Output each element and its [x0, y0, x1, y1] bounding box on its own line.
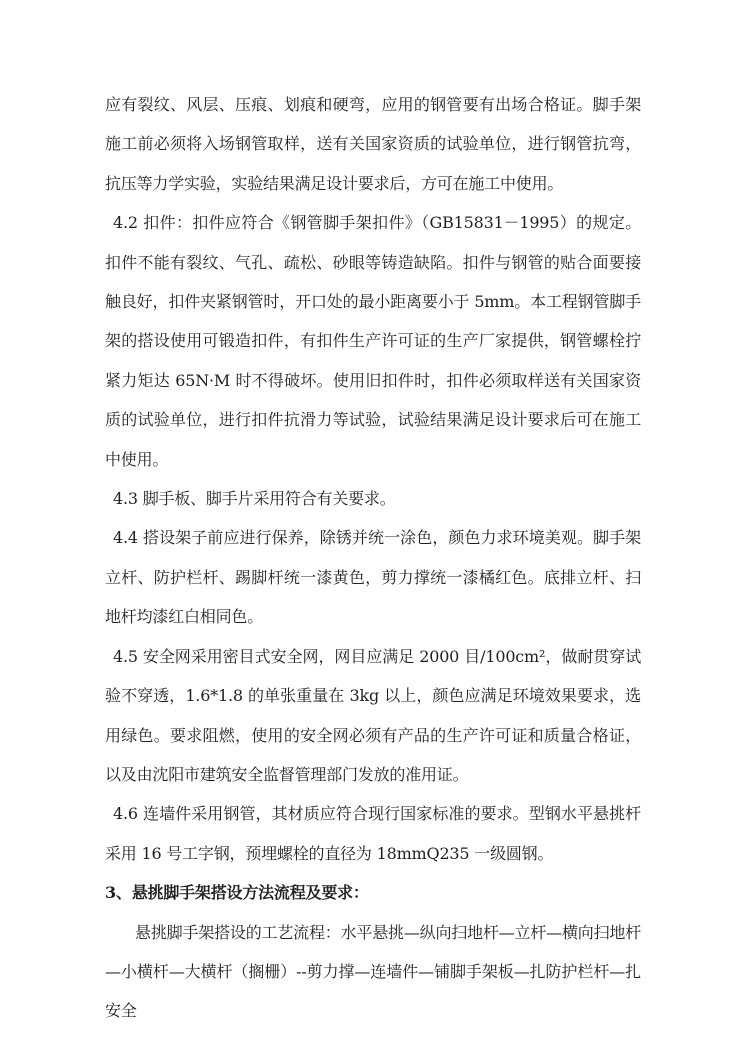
paragraph-4-6-wall-connectors: 4.6 连墙件采用钢管，其材质应符合现行国家标准的要求。型钢水平悬挑杆采用 16…: [105, 794, 641, 873]
paragraph-steel-pipe-requirements-continuation: 应有裂纹、风层、压痕、划痕和硬弯，应用的钢管要有出场合格证。脚手架施工前必须将入…: [105, 85, 641, 203]
heading-3-cantilever-scaffold-process: 3、悬挑脚手架搭设方法流程及要求：: [105, 873, 641, 912]
paragraph-4-2-fasteners: 4.2 扣件：扣件应符合《钢管脚手架扣件》（GB15831－1995）的规定。扣…: [105, 203, 641, 479]
paragraph-4-3-scaffold-boards: 4.3 脚手板、脚手片采用符合有关要求。: [105, 479, 641, 518]
paragraph-process-flow: 悬挑脚手架搭设的工艺流程：水平悬挑—纵向扫地杆—立杆—横向扫地杆—小横杆—大横杆…: [105, 913, 641, 1031]
document-page: 应有裂纹、风层、压痕、划痕和硬弯，应用的钢管要有出场合格证。脚手架施工前必须将入…: [0, 0, 744, 1052]
paragraph-4-4-maintenance-painting: 4.4 搭设架子前应进行保养，除锈并统一涂色，颜色力求环境美观。脚手架立杆、防护…: [105, 518, 641, 636]
paragraph-4-5-safety-net: 4.5 安全网采用密目式安全网，网目应满足 2000 目/100cm²，做耐贯穿…: [105, 637, 641, 795]
